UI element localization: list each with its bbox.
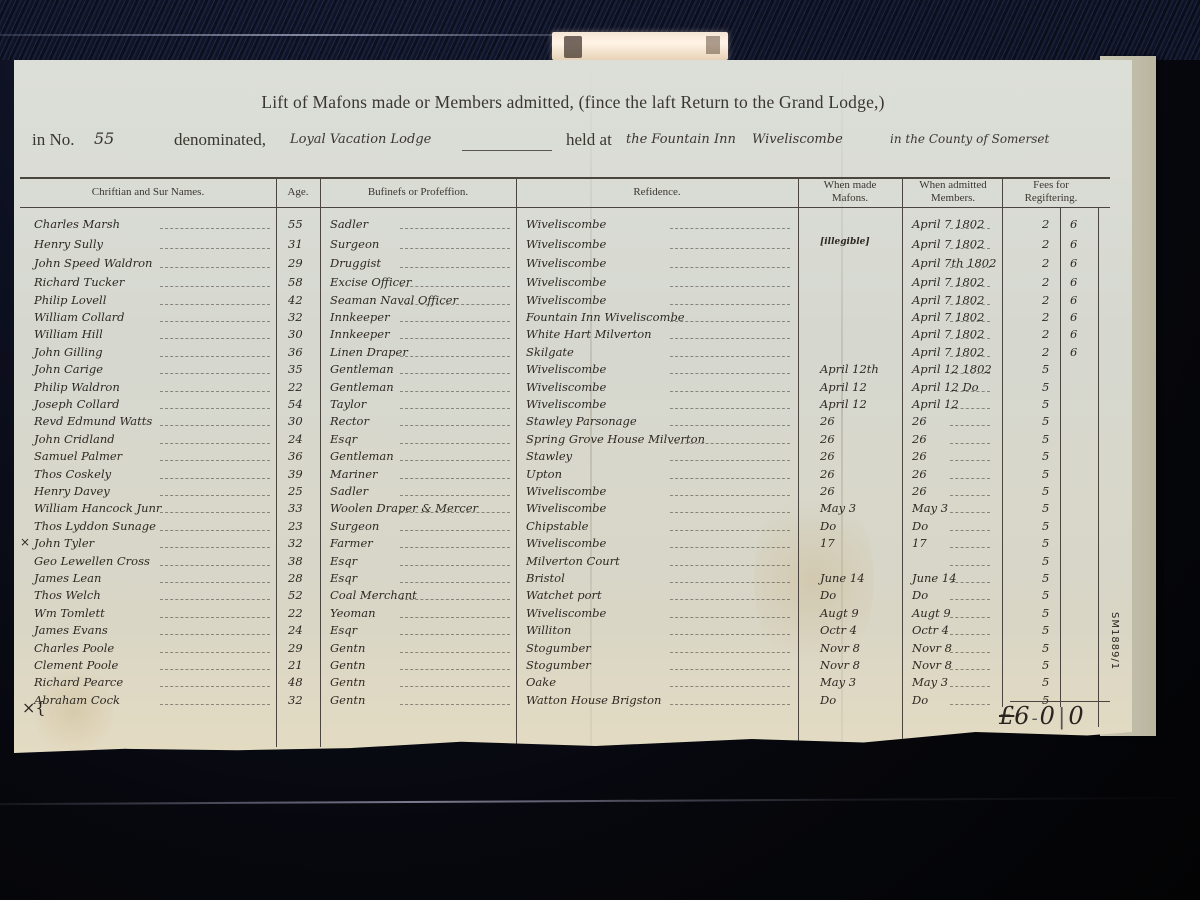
- fee-shillings: 5: [1042, 449, 1049, 463]
- member-residence: Wiveliscombe: [526, 380, 606, 394]
- ruled-filler-line: [950, 634, 990, 636]
- ruled-filler-line: [400, 565, 510, 567]
- member-residence: Wiveliscombe: [526, 237, 606, 251]
- glass-glare: [0, 34, 620, 36]
- ruled-filler-line: [160, 443, 270, 445]
- member-age: 32: [288, 310, 303, 324]
- ruled-filler-line: [950, 391, 990, 393]
- ruled-filler-line: [670, 652, 790, 654]
- member-name: Thos Coskely: [34, 467, 111, 481]
- member-age: 30: [288, 414, 303, 428]
- ruled-filler-line: [400, 408, 510, 410]
- member-profession: Gentleman: [330, 362, 394, 376]
- ruled-filler-line: [400, 530, 510, 532]
- lodge-number-label: in No.: [32, 130, 75, 150]
- ruled-filler-line: [160, 495, 270, 497]
- member-age: 31: [288, 237, 303, 251]
- member-profession: Esqr: [330, 554, 357, 568]
- total-shillings: 0: [1040, 702, 1055, 730]
- member-name: Philip Lovell: [34, 293, 106, 307]
- fee-shillings: 5: [1042, 675, 1049, 689]
- date-made-mason: Octr 4: [820, 623, 857, 637]
- ruled-filler-line: [950, 565, 990, 567]
- ruled-filler-line: [950, 704, 990, 706]
- table-row: Wm Tomlett22YeomanWiveliscombeAugt 9Augt…: [20, 606, 1110, 622]
- member-name: James Lean: [34, 571, 101, 585]
- ruled-filler-line: [400, 443, 510, 445]
- date-admitted: Novr 8: [912, 641, 952, 655]
- member-name: Henry Davey: [34, 484, 110, 498]
- ruled-filler-line: [160, 460, 270, 462]
- table-row: John Carige35GentlemanWiveliscombeApril …: [20, 362, 1110, 378]
- table-row: Henry Davey25SadlerWiveliscombe26265: [20, 484, 1110, 500]
- ruled-filler-line: [400, 356, 510, 358]
- member-profession: Gentleman: [330, 449, 394, 463]
- fee-shillings: 2: [1042, 256, 1049, 270]
- fee-shillings: 5: [1042, 658, 1049, 672]
- fee-shillings: 5: [1042, 554, 1049, 568]
- ruled-filler-line: [160, 704, 270, 706]
- date-made-mason: Do: [820, 519, 836, 533]
- ruled-filler-line: [670, 617, 790, 619]
- fee-shillings: 5: [1042, 484, 1049, 498]
- member-age: 38: [288, 554, 303, 568]
- ruled-filler-line: [670, 425, 790, 427]
- member-residence: Skilgate: [526, 345, 574, 359]
- member-age: 58: [288, 275, 303, 289]
- member-age: 22: [288, 380, 303, 394]
- ruled-filler-line: [400, 338, 510, 340]
- ruled-filler-line: [160, 267, 270, 269]
- ruled-filler-line: [950, 460, 990, 462]
- ruled-filler-line: [160, 304, 270, 306]
- masonic-return-document: Lift of Mafons made or Members admitted,…: [14, 60, 1132, 760]
- date-made-mason: Do: [820, 588, 836, 602]
- ruled-filler-line: [670, 478, 790, 480]
- column-header-age: Age.: [276, 186, 320, 199]
- member-age: 23: [288, 519, 303, 533]
- ruled-filler-line: [670, 460, 790, 462]
- table-row: Abraham Cock32GentnWatton House Brigston…: [20, 693, 1110, 709]
- member-residence: Upton: [526, 467, 562, 481]
- ruled-filler-line: [160, 228, 270, 230]
- member-name: Richard Tucker: [34, 275, 124, 289]
- ruled-filler-line: [400, 248, 510, 250]
- member-profession: Innkeeper: [330, 327, 390, 341]
- held-at-label: held at: [566, 130, 612, 150]
- ruled-filler-line: [160, 373, 270, 375]
- member-residence: Stawley Parsonage: [526, 414, 637, 428]
- ruled-filler-line: [950, 443, 990, 445]
- ruled-filler-line: [400, 495, 510, 497]
- fee-pence: 6: [1070, 345, 1077, 359]
- fee-shillings: 5: [1042, 519, 1049, 533]
- ruled-filler-line: [950, 267, 990, 269]
- fee-shillings: 5: [1042, 606, 1049, 620]
- table-row: Thos Lyddon Sunage23SurgeonChipstableDoD…: [20, 519, 1110, 535]
- ruled-filler-line: [950, 248, 990, 250]
- ruled-filler-line: [950, 286, 990, 288]
- ruled-filler-line: [400, 425, 510, 427]
- ruled-filler-line: [160, 582, 270, 584]
- member-age: 35: [288, 362, 303, 376]
- date-made-mason: Do: [820, 693, 836, 707]
- table-row: William Hill30InnkeeperWhite Hart Milver…: [20, 327, 1110, 343]
- member-profession: Druggist: [330, 256, 381, 270]
- member-residence: Wiveliscombe: [526, 501, 606, 515]
- member-profession: Surgeon: [330, 237, 379, 251]
- member-age: 42: [288, 293, 303, 307]
- table-row: Geo Lewellen Cross38EsqrMilverton Court5: [20, 554, 1110, 570]
- date-admitted: 26: [912, 432, 927, 446]
- member-name: Clement Poole: [34, 658, 118, 672]
- member-age: 55: [288, 217, 303, 231]
- column-header-admitted: When admitted Members.: [908, 179, 998, 205]
- table-row: Richard Tucker58Excise OfficerWiveliscom…: [20, 275, 1110, 291]
- member-name: John Speed Waldron: [34, 256, 152, 270]
- member-age: 32: [288, 536, 303, 550]
- column-header-made: When made Mafons.: [812, 179, 888, 205]
- table-row: Henry Sully31SurgeonWiveliscombe[illegib…: [20, 237, 1110, 253]
- ruled-filler-line: [400, 704, 510, 706]
- ruled-filler-line: [400, 286, 510, 288]
- total-fees: £6-0|0: [999, 702, 1084, 730]
- date-made-mason: [illegible]: [820, 237, 870, 247]
- denominated-label: denominated,: [174, 130, 266, 150]
- glass-glare-bottom: [0, 797, 1200, 805]
- member-residence: Watchet port: [526, 588, 602, 602]
- member-residence: Wiveliscombe: [526, 536, 606, 550]
- fee-pence: 6: [1070, 256, 1077, 270]
- member-profession: Gentn: [330, 675, 365, 689]
- ruled-filler-line: [670, 356, 790, 358]
- date-admitted: 26: [912, 449, 927, 463]
- member-age: 24: [288, 623, 303, 637]
- document-title: Lift of Mafons made or Members admitted,…: [14, 92, 1132, 113]
- table-row: Charles Poole29GentnStogumberNovr 8Novr …: [20, 641, 1110, 657]
- ruled-filler-line: [400, 634, 510, 636]
- member-profession: Surgeon: [330, 519, 379, 533]
- member-age: 25: [288, 484, 303, 498]
- ruled-filler-line: [160, 286, 270, 288]
- fee-pence: 6: [1070, 327, 1077, 341]
- ruled-filler-line: [160, 652, 270, 654]
- ruled-filler-line: [670, 408, 790, 410]
- ruled-filler-line: [160, 391, 270, 393]
- fee-shillings: 2: [1042, 345, 1049, 359]
- member-age: 54: [288, 397, 303, 411]
- member-residence: Wiveliscombe: [526, 362, 606, 376]
- date-made-mason: June 14: [820, 571, 865, 585]
- date-admitted: Novr 8: [912, 658, 952, 672]
- fee-shillings: 5: [1042, 571, 1049, 585]
- ruled-filler-line: [670, 530, 790, 532]
- column-header-name: Chriftian and Sur Names.: [20, 186, 276, 199]
- ruled-filler-line: [950, 617, 990, 619]
- table-row: Philip Waldron22GentlemanWiveliscombeApr…: [20, 380, 1110, 396]
- ruled-filler-line: [950, 373, 990, 375]
- ruled-filler-line: [400, 512, 510, 514]
- ruled-filler-line: [670, 686, 790, 688]
- date-made-mason: 17: [820, 536, 835, 550]
- member-profession: Sadler: [330, 484, 368, 498]
- date-made-mason: 26: [820, 449, 835, 463]
- ruled-filler-line: [160, 425, 270, 427]
- fee-shillings: 2: [1042, 293, 1049, 307]
- member-residence: Wiveliscombe: [526, 275, 606, 289]
- member-name: John Carige: [34, 362, 103, 376]
- ruled-filler-line: [670, 228, 790, 230]
- table-row: Thos Welch52Coal MerchantWatchet portDoD…: [20, 588, 1110, 604]
- ruled-filler-line: [400, 547, 510, 549]
- date-admitted: 26: [912, 467, 927, 481]
- ruled-filler-line: [670, 373, 790, 375]
- ruled-filler-line: [400, 460, 510, 462]
- ruled-filler-line: [160, 599, 270, 601]
- fee-pence: 6: [1070, 217, 1077, 231]
- member-name: John Cridland: [34, 432, 115, 446]
- ruled-filler-line: [160, 338, 270, 340]
- member-residence: Chipstable: [526, 519, 588, 533]
- ruled-filler-line: [950, 530, 990, 532]
- member-name: John Tyler: [34, 536, 94, 550]
- date-made-mason: April 12: [820, 380, 867, 394]
- table-row: William Collard32InnkeeperFountain Inn W…: [20, 310, 1110, 326]
- member-profession: Farmer: [330, 536, 373, 550]
- ruled-filler-line: [160, 478, 270, 480]
- fee-shillings: 5: [1042, 623, 1049, 637]
- date-admitted: Do: [912, 588, 928, 602]
- member-profession: Sadler: [330, 217, 368, 231]
- date-admitted: May 3: [912, 501, 948, 515]
- ruled-filler-line: [670, 321, 790, 323]
- ruled-filler-line: [950, 338, 990, 340]
- member-profession: Esqr: [330, 623, 357, 637]
- ruled-filler-line: [950, 669, 990, 671]
- total-pounds: 6: [1014, 702, 1029, 730]
- ruled-filler-line: [160, 408, 270, 410]
- column-header-fees: Fees for Regiftering.: [1006, 179, 1096, 205]
- member-name: John Gilling: [34, 345, 103, 359]
- member-age: 22: [288, 606, 303, 620]
- ruled-filler-line: [670, 443, 790, 445]
- ruled-filler-line: [950, 425, 990, 427]
- table-row: Philip Lovell42Seaman Naval OfficerWivel…: [20, 293, 1110, 309]
- mounting-tape: [552, 32, 728, 60]
- member-profession: Linen Draper: [330, 345, 408, 359]
- date-made-mason: April 12th: [820, 362, 879, 376]
- date-made-mason: May 3: [820, 675, 856, 689]
- ruled-filler-line: [950, 512, 990, 514]
- date-made-mason: 26: [820, 467, 835, 481]
- member-residence: Wiveliscombe: [526, 606, 606, 620]
- table-row: Joseph Collard54TaylorWiveliscombeApril …: [20, 397, 1110, 413]
- ruled-filler-line: [160, 248, 270, 250]
- member-name: William Hancock Junr: [34, 501, 161, 515]
- member-profession: Esqr: [330, 432, 357, 446]
- member-name: Charles Marsh: [34, 217, 120, 231]
- table-row: Charles Marsh55SadlerWiveliscombeApril 7…: [20, 217, 1110, 233]
- fee-shillings: 2: [1042, 327, 1049, 341]
- lodge-number: 55: [94, 129, 114, 148]
- ruled-filler-line: [160, 669, 270, 671]
- member-residence: Wiveliscombe: [526, 293, 606, 307]
- ruled-filler-line: [950, 652, 990, 654]
- member-age: 30: [288, 327, 303, 341]
- fee-pence: 6: [1070, 293, 1077, 307]
- ruled-filler-line: [670, 286, 790, 288]
- member-residence: Oake: [526, 675, 556, 689]
- date-made-mason: Augt 9: [820, 606, 859, 620]
- ruled-filler-line: [400, 582, 510, 584]
- member-age: 29: [288, 256, 303, 270]
- fee-shillings: 5: [1042, 380, 1049, 394]
- member-profession: Gentn: [330, 641, 365, 655]
- ruled-filler-line: [670, 338, 790, 340]
- member-name: Thos Lyddon Sunage: [34, 519, 156, 533]
- member-profession: Innkeeper: [330, 310, 390, 324]
- ruled-filler-line: [950, 582, 990, 584]
- member-age: 39: [288, 467, 303, 481]
- member-residence: Stogumber: [526, 658, 591, 672]
- ruled-filler-line: [670, 391, 790, 393]
- ruled-filler-line: [400, 652, 510, 654]
- date-admitted: Do: [912, 519, 928, 533]
- fee-shillings: 2: [1042, 310, 1049, 324]
- venue: the Fountain Inn: [626, 132, 736, 147]
- fee-shillings: 5: [1042, 467, 1049, 481]
- table-row: Samuel Palmer36GentlemanStawley26265: [20, 449, 1110, 465]
- ruled-filler-line: [400, 321, 510, 323]
- member-profession: Gentleman: [330, 380, 394, 394]
- ruled-filler-line: [160, 356, 270, 358]
- date-admitted: 17: [912, 536, 927, 550]
- member-profession: Yeoman: [330, 606, 376, 620]
- ruled-filler-line: [670, 267, 790, 269]
- ruled-filler-line: [400, 267, 510, 269]
- member-age: 36: [288, 449, 303, 463]
- ruled-filler-line: [160, 686, 270, 688]
- ruled-filler-line: [670, 565, 790, 567]
- town: Wiveliscombe: [752, 132, 843, 147]
- member-residence: Stawley: [526, 449, 572, 463]
- lodge-details-line: in No. 55 denominated, Loyal Vacation Lo…: [32, 130, 1132, 156]
- member-name: Thos Welch: [34, 588, 101, 602]
- ruled-filler-line: [400, 686, 510, 688]
- date-admitted: 26: [912, 484, 927, 498]
- fee-pence: 6: [1070, 237, 1077, 251]
- date-made-mason: Novr 8: [820, 641, 860, 655]
- column-header-profession: Bufinefs or Profeffion.: [320, 186, 516, 199]
- total-pence: 0: [1068, 702, 1083, 730]
- fee-shillings: 5: [1042, 501, 1049, 515]
- fee-shillings: 5: [1042, 536, 1049, 550]
- table-row: Richard Pearce48GentnOakeMay 3May 35: [20, 675, 1110, 691]
- table-row: Clement Poole21GentnStogumberNovr 8Novr …: [20, 658, 1110, 674]
- member-age: 36: [288, 345, 303, 359]
- fee-pence: 6: [1070, 275, 1077, 289]
- blank-line: [462, 150, 552, 151]
- member-name: Geo Lewellen Cross: [34, 554, 150, 568]
- ruled-filler-line: [670, 547, 790, 549]
- member-age: 48: [288, 675, 303, 689]
- ruled-filler-line: [670, 248, 790, 250]
- table-row: James Evans24EsqrWillitonOctr 4Octr 45: [20, 623, 1110, 639]
- member-age: 32: [288, 693, 303, 707]
- ruled-filler-line: [670, 495, 790, 497]
- ruled-filler-line: [950, 547, 990, 549]
- ruled-filler-line: [400, 304, 510, 306]
- ruled-filler-line: [670, 634, 790, 636]
- ruled-filler-line: [400, 373, 510, 375]
- date-made-mason: May 3: [820, 501, 856, 515]
- table-row: John Gilling36Linen DraperSkilgateApril …: [20, 345, 1110, 361]
- ruled-filler-line: [670, 304, 790, 306]
- fee-shillings: 5: [1042, 641, 1049, 655]
- pound-symbol: £: [999, 702, 1014, 730]
- archive-reference: SM1889/1: [1109, 612, 1120, 670]
- ruled-filler-line: [950, 356, 990, 358]
- member-age: 52: [288, 588, 303, 602]
- table-row: John Tyler32FarmerWiveliscombe17175: [20, 536, 1110, 552]
- member-profession: Rector: [330, 414, 369, 428]
- fee-shillings: 5: [1042, 362, 1049, 376]
- ruled-filler-line: [400, 669, 510, 671]
- table-row: James Lean28EsqrBristolJune 14June 145: [20, 571, 1110, 587]
- member-name: William Hill: [34, 327, 103, 341]
- member-name: Wm Tomlett: [34, 606, 105, 620]
- member-age: 28: [288, 571, 303, 585]
- member-residence: Wiveliscombe: [526, 217, 606, 231]
- ruled-filler-line: [670, 582, 790, 584]
- lodge-name: Loyal Vacation Lodge: [290, 132, 431, 147]
- fee-shillings: 2: [1042, 217, 1049, 231]
- member-profession: Gentn: [330, 658, 365, 672]
- members-table: Chriftian and Sur Names. Age. Bufinefs o…: [20, 177, 1110, 757]
- member-name: Samuel Palmer: [34, 449, 122, 463]
- member-name: Joseph Collard: [34, 397, 119, 411]
- ruled-filler-line: [950, 228, 990, 230]
- member-name: Revd Edmund Watts: [34, 414, 152, 428]
- member-profession: Mariner: [330, 467, 378, 481]
- member-residence: Williton: [526, 623, 571, 637]
- date-admitted: Do: [912, 693, 928, 707]
- member-age: 33: [288, 501, 303, 515]
- ruled-filler-line: [950, 495, 990, 497]
- table-row: John Speed Waldron29DruggistWiveliscombe…: [20, 256, 1110, 272]
- margin-bracket: ×{: [22, 698, 46, 717]
- ruled-filler-line: [950, 599, 990, 601]
- member-age: 29: [288, 641, 303, 655]
- member-residence: Watton House Brigston: [526, 693, 661, 707]
- ruled-filler-line: [400, 599, 510, 601]
- fee-shillings: 2: [1042, 275, 1049, 289]
- member-residence: Milverton Court: [526, 554, 620, 568]
- column-header-residence: Refidence.: [516, 186, 798, 199]
- member-name: William Collard: [34, 310, 125, 324]
- member-name: Henry Sully: [34, 237, 103, 251]
- ruled-filler-line: [160, 512, 270, 514]
- fee-shillings: 5: [1042, 397, 1049, 411]
- ruled-filler-line: [670, 704, 790, 706]
- member-residence: Fountain Inn Wiveliscombe: [526, 310, 685, 324]
- date-admitted: Augt 9: [912, 606, 951, 620]
- member-name: Charles Poole: [34, 641, 114, 655]
- ruled-filler-line: [160, 530, 270, 532]
- table-row: William Hancock Junr33Woolen Draper & Me…: [20, 501, 1110, 517]
- member-residence: White Hart Milverton: [526, 327, 652, 341]
- date-admitted: 26: [912, 414, 927, 428]
